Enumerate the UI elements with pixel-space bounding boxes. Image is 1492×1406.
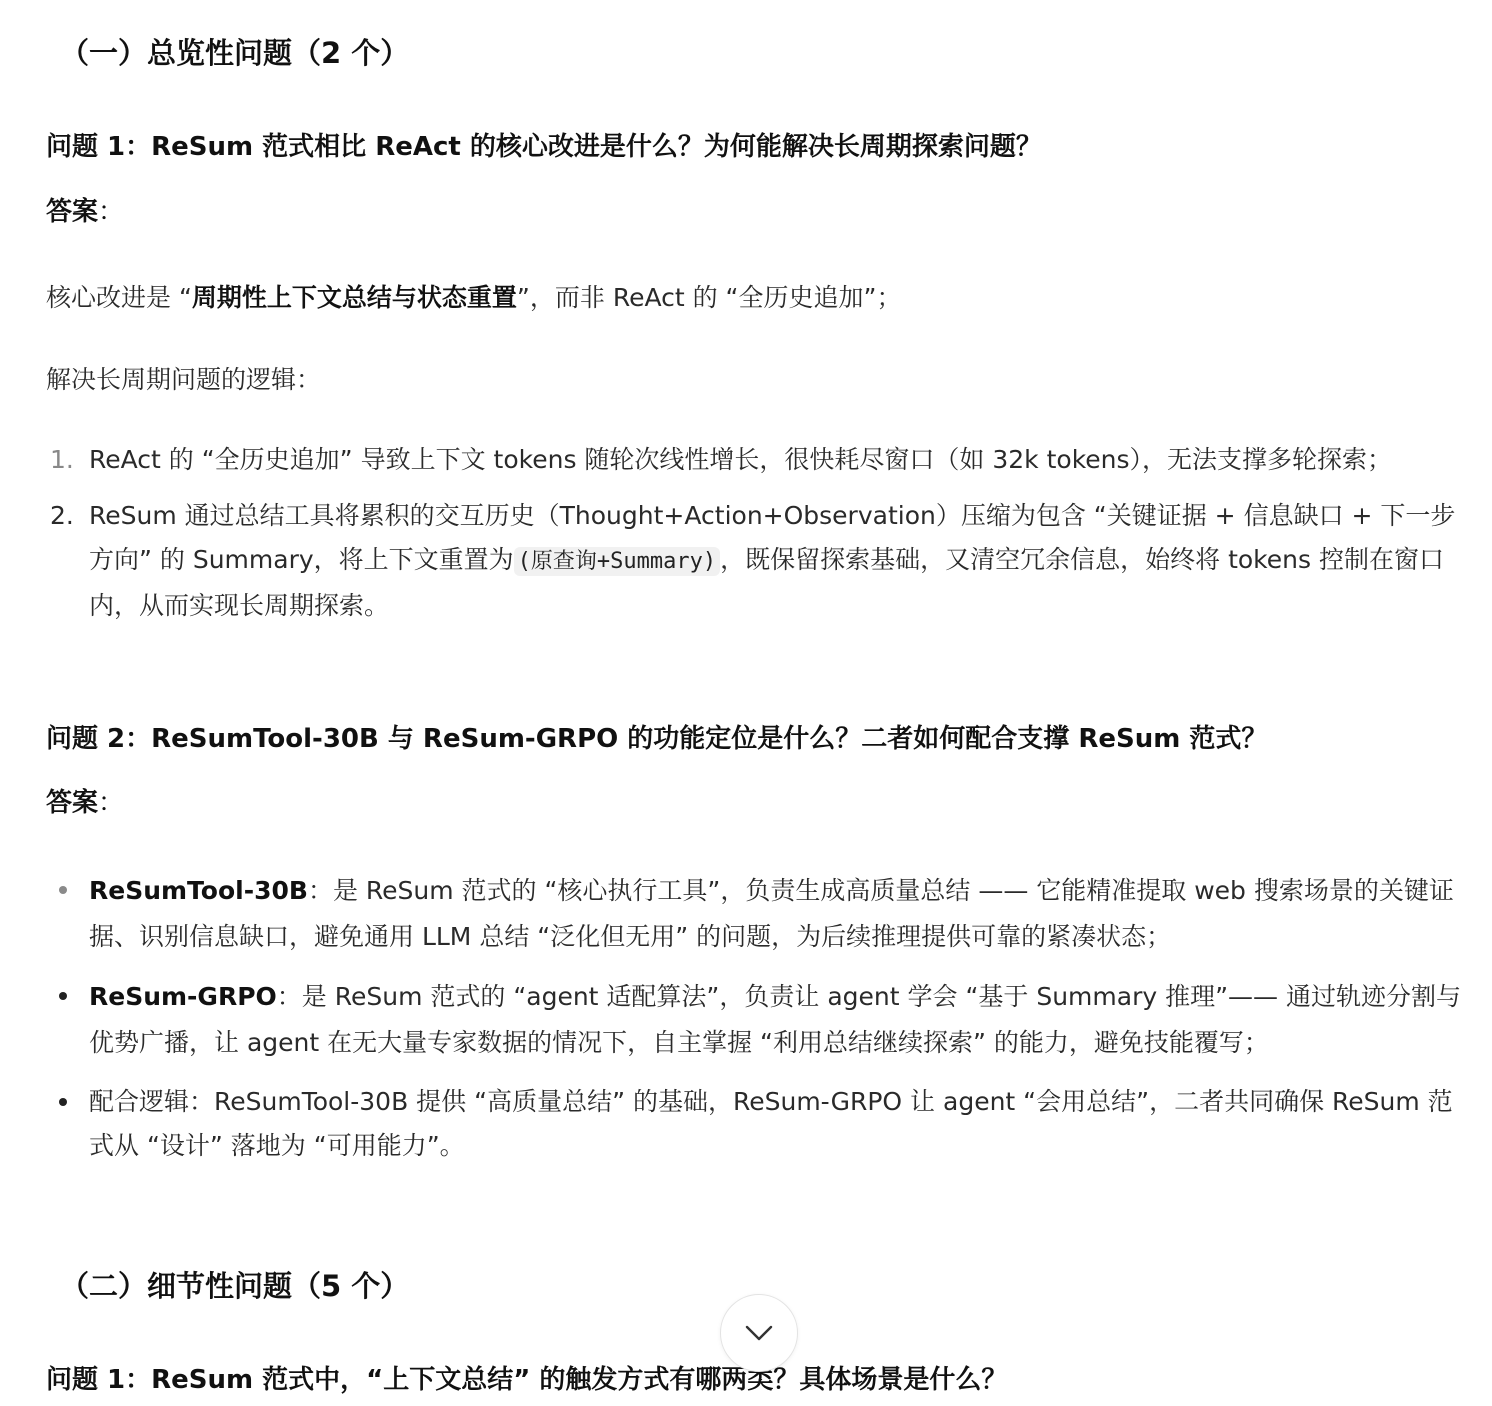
list-item: ReSum-GRPO：是 ReSum 范式的 “agent 适配算法”，负责让 … [46,974,1466,1066]
list-item: 配合逻辑：ReSumTool-30B 提供 “高质量总结” 的基础，ReSum-… [46,1080,1466,1168]
answer-label-text: 答案 [46,197,98,227]
answer-label-text: 答案 [46,788,98,818]
logic-intro-paragraph: 解决长周期问题的逻辑： [46,362,321,398]
answer-label: 答案： [46,785,124,821]
list-item: 2. ReSum 通过总结工具将累积的交互历史（Thought+Action+O… [46,494,1466,628]
core-improvement-paragraph: 核心改进是 “周期性上下文总结与状态重置”，而非 ReAct 的 “全历史追加”… [46,280,901,316]
list-marker: 1. [50,438,74,482]
bullet-list: ReSumTool-30B：是 ReSum 范式的 “核心执行工具”，负责生成高… [46,868,1466,1168]
text-span: 核心改进是 “ [46,283,192,312]
inline-code: (原查询+Summary) [514,547,720,576]
question-1-title: 问题 1：ReSum 范式相比 ReAct 的核心改进是什么？为何能解决长周期探… [46,129,1042,165]
list-item: 1. ReAct 的 “全历史追加” 导致上下文 tokens 随轮次线性增长，… [46,438,1466,482]
bullet-icon [59,886,67,894]
list-item-text: ReAct 的 “全历史追加” 导致上下文 tokens 随轮次线性增长，很快耗… [89,445,1392,474]
answer-label: 答案： [46,194,124,230]
section-title-details: （二）细节性问题（5 个） [60,1266,409,1306]
answer-label-colon: ： [98,788,124,818]
scroll-down-button[interactable] [720,1294,798,1372]
section-title-overview: （一）总览性问题（2 个） [60,33,409,73]
bullet-icon [59,992,67,1000]
list-item-bold: ReSum-GRPO [89,982,277,1011]
ordered-list: 1. ReAct 的 “全历史追加” 导致上下文 tokens 随轮次线性增长，… [46,438,1466,628]
list-item-text: ：是 ReSum 范式的 “agent 适配算法”，负责让 agent 学会 “… [89,982,1461,1057]
list-item: ReSumTool-30B：是 ReSum 范式的 “核心执行工具”，负责生成高… [46,868,1466,960]
list-marker: 2. [50,494,74,538]
answer-label-colon: ： [98,197,124,227]
bullet-icon [59,1098,67,1106]
list-item-bold: ReSumTool-30B [89,876,308,905]
list-item-text: 配合逻辑：ReSumTool-30B 提供 “高质量总结” 的基础，ReSum-… [89,1087,1453,1160]
question-2-title: 问题 2：ReSumTool-30B 与 ReSum-GRPO 的功能定位是什么… [46,721,1267,757]
question-1-title-details: 问题 1：ReSum 范式中，“上下文总结” 的触发方式有哪两类？具体场景是什么… [46,1362,1007,1398]
bold-highlight: 周期性上下文总结与状态重置 [192,283,517,312]
chevron-down-icon [744,1324,774,1342]
text-span: ”，而非 ReAct 的 “全历史追加”； [517,283,902,312]
